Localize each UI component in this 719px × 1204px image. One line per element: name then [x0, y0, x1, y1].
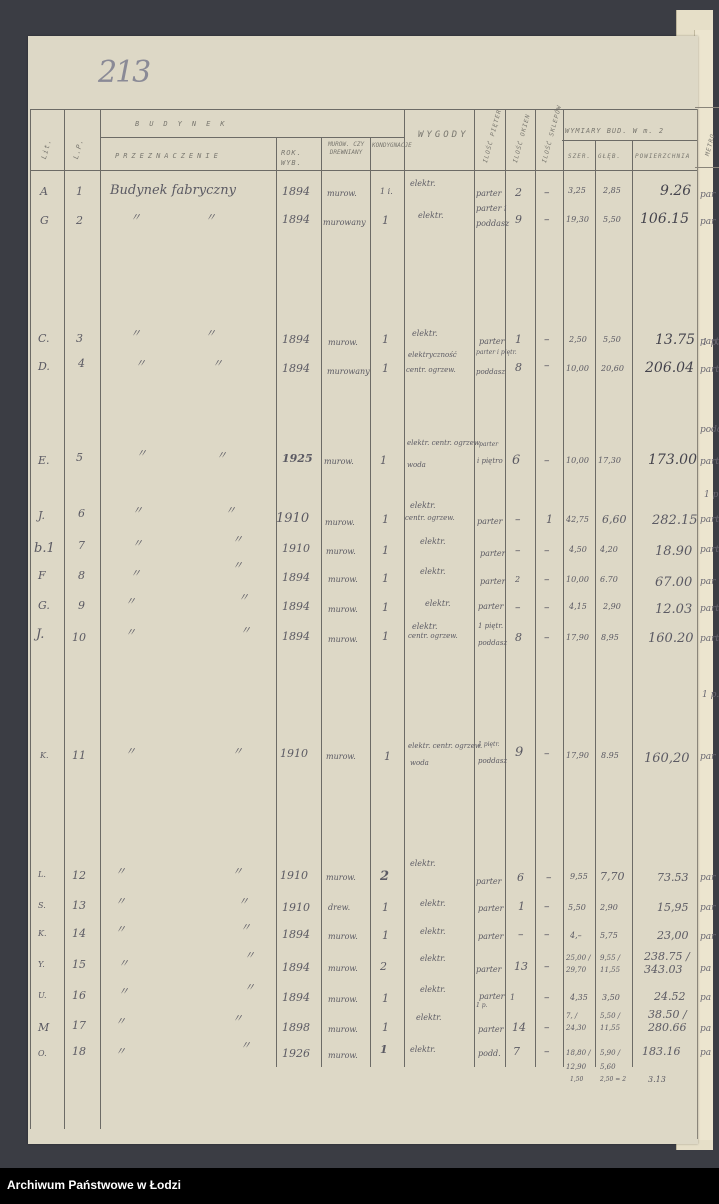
cell-okna: 1 — [515, 334, 522, 345]
header-kondygnacje: KONDYGNACJE — [372, 141, 404, 151]
cell-wygody: elektr. centr. ogrzew. — [408, 743, 482, 750]
margin-note: parte — [700, 365, 719, 375]
col-line-12 — [632, 140, 633, 1067]
cell-rok: 1894 — [282, 334, 310, 345]
cell-rok: 1910 — [282, 543, 310, 554]
cell-lp: 7 — [78, 540, 85, 551]
cell-wygody: elektr. — [420, 928, 446, 936]
cell-gleb: 5,90 / 5,60 — [600, 1046, 630, 1074]
cell-mat: murow. — [328, 1026, 358, 1034]
cell-name: 〃 — [130, 568, 141, 579]
cell-sklepy: – — [544, 187, 550, 198]
header-murow: MUROW. CZY DREWNIANY — [323, 141, 369, 157]
bottom-note-3: 3.13 — [648, 1076, 666, 1084]
cell-kond: 2 — [380, 961, 387, 972]
cell-wygody: elektr. — [412, 330, 438, 338]
col-line-11 — [595, 140, 596, 1067]
cell-okna: – — [515, 545, 521, 556]
cell-lp: 2 — [76, 215, 83, 226]
cell-mat: murow. — [328, 933, 358, 941]
edge-line-bottom — [695, 167, 719, 168]
cell-pietra: parter — [476, 190, 502, 198]
cell-sklepy: – — [544, 334, 550, 345]
margin-note: pa — [700, 1048, 711, 1058]
cell-name: 〃 — [115, 1046, 126, 1057]
cell-name: Budynek fabryczny — [110, 184, 236, 197]
cell-kond: 1 — [382, 902, 389, 913]
margin-note-extra: podd. — [700, 425, 719, 435]
cell-lp: 1 — [76, 186, 83, 197]
cell-mat: murow. — [324, 458, 354, 466]
cell-gleb: 6.70 — [600, 576, 618, 584]
margin-note: parte — [700, 604, 719, 614]
cell-ditto: 〃 — [232, 746, 243, 757]
margin-note: pa — [700, 964, 711, 974]
cell-kond: 1 — [380, 1044, 388, 1055]
cell-ditto: 〃 — [216, 450, 227, 461]
cell-pietra: parter — [480, 550, 506, 558]
cell-rok: 1894 — [282, 363, 310, 374]
cell-wygody: elektr. — [416, 1014, 442, 1022]
cell-szer: 7, / 24,30 — [566, 1010, 594, 1034]
cell-pietra: podd. — [478, 1050, 501, 1058]
cell-gleb: 4,20 — [600, 546, 618, 554]
cell-wygody: elektr. — [420, 900, 446, 908]
cell-ditto: 〃 — [205, 212, 216, 223]
cell-pietra: parter i — [476, 205, 507, 213]
cell-lit: J. — [36, 628, 44, 641]
cell-kond: 1 — [382, 930, 389, 941]
cell-okna: – — [515, 602, 521, 613]
cell-lp: 13 — [72, 900, 86, 911]
cell-szer: 10,00 — [566, 365, 589, 373]
cell-rok: 1910 — [282, 902, 310, 913]
cell-pow: 160.20 — [648, 632, 694, 645]
cell-wygody-2: woda — [410, 760, 429, 767]
cell-szer: 5,50 — [568, 904, 586, 912]
page-number: 213 — [98, 55, 149, 90]
cell-pietra-2: 1 p. — [476, 1003, 487, 1009]
margin-note-extra: 1 p. — [704, 490, 719, 500]
cell-wygody: elektryczność — [408, 352, 457, 359]
cell-ditto: 〃 — [205, 328, 216, 339]
cell-okna: 1 — [510, 994, 515, 1002]
cell-ditto: 〃 — [232, 866, 243, 877]
cell-mat: murow. — [328, 339, 358, 347]
cell-szer: 4,– — [570, 932, 582, 940]
margin-note-extra: 1 p. — [702, 690, 719, 700]
col-line-3 — [276, 137, 277, 1067]
document-page — [28, 36, 698, 1144]
cell-gleb: 5,50 / 11,55 — [600, 1010, 630, 1034]
cell-pow: 15,95 — [657, 902, 689, 913]
cell-kond: 1 i. — [380, 188, 393, 196]
cell-sklepy: – — [544, 748, 550, 759]
cell-rok: 1898 — [282, 1022, 310, 1033]
cell-name: 〃 — [132, 538, 143, 549]
cell-lp: 5 — [76, 452, 83, 463]
cell-name: 〃 — [136, 448, 147, 459]
cell-wygody: elektr. — [420, 568, 446, 576]
cell-gleb: 20,60 — [601, 365, 624, 373]
cell-mat: murowany — [323, 219, 366, 227]
cell-szer: 3,25 — [568, 187, 586, 195]
cell-name: 〃 — [130, 328, 141, 339]
cell-sklepy: – — [544, 574, 550, 585]
cell-ditto: 〃 — [225, 505, 236, 516]
cell-sklepy: 1 — [546, 514, 553, 525]
margin-note: par — [700, 190, 715, 200]
cell-lit: O. — [38, 1050, 47, 1058]
cell-pietra: parter — [479, 442, 498, 448]
cell-rok: 1894 — [282, 214, 310, 225]
cell-lp: 9 — [78, 600, 85, 611]
cell-lit: Y. — [38, 961, 45, 969]
cell-name: 〃 — [125, 596, 136, 607]
cell-pietra-2: i piętro — [477, 458, 503, 465]
cell-sklepy: – — [544, 1022, 550, 1033]
header-budynek: BUDYNEK — [135, 120, 235, 128]
header-gleb: GŁĘB. — [598, 153, 621, 160]
cell-sklepy: – — [544, 632, 550, 643]
margin-note: parte — [700, 634, 719, 644]
cell-lit: C. — [38, 333, 50, 344]
cell-ditto: 〃 — [232, 534, 243, 545]
cell-lit: b.1 — [34, 542, 55, 555]
cell-kond: 2 — [380, 870, 389, 883]
col-line-8 — [505, 109, 506, 1067]
cell-szer: 4,50 — [569, 546, 587, 554]
cell-pietra: parter — [478, 603, 504, 611]
cell-mat: murow. — [326, 548, 356, 556]
header-wymiary: WYMIARY BUD. W m. 2 — [565, 127, 664, 135]
cell-lp: 4 — [78, 358, 85, 369]
cell-okna: 13 — [514, 961, 528, 972]
bottom-note-1: 1,50 — [570, 1077, 583, 1083]
cell-szer: 17,90 — [566, 752, 589, 760]
cell-gleb: 2,85 — [603, 187, 621, 195]
col-line-0 — [30, 109, 31, 1129]
cell-sklepy: – — [544, 455, 550, 466]
cell-sklepy: – — [544, 1046, 550, 1057]
cell-lp: 6 — [78, 508, 85, 519]
cell-sklepy: – — [544, 929, 550, 940]
cell-rok: 1894 — [282, 601, 310, 612]
cell-name: 〃 — [132, 505, 143, 516]
cell-mat: murow. — [328, 1052, 358, 1060]
header-przeznaczenie: PRZEZNACZENIE — [115, 152, 222, 160]
cell-pow: 13.75 — [655, 333, 695, 347]
cell-ditto: 〃 — [232, 1013, 243, 1024]
cell-rok: 1894 — [282, 186, 310, 197]
page-fold-line — [697, 109, 698, 1139]
cell-gleb: 2,90 — [600, 904, 618, 912]
cell-wygody: elektr. — [420, 986, 446, 994]
cell-lp: 8 — [78, 570, 85, 581]
cell-okna: 6 — [512, 454, 520, 467]
cell-pow: 183.16 — [642, 1046, 681, 1057]
cell-pow: 282.15 — [652, 514, 698, 527]
cell-lit: K. — [38, 930, 47, 938]
margin-note: parte — [700, 515, 719, 525]
cell-mat: murow. — [328, 576, 358, 584]
cell-wygody-2: centr. ogrzew. — [405, 515, 455, 522]
cell-name: 〃 — [125, 746, 136, 757]
table-top-border — [30, 109, 698, 110]
cell-rok: 1894 — [282, 929, 310, 940]
cell-wygody: elektr. — [410, 1046, 436, 1054]
header-powierzchnia: POWIERZCHNIA — [635, 153, 697, 160]
cell-name: 〃 — [115, 924, 126, 935]
cell-kond: 1 — [382, 573, 389, 584]
cell-rok: 1894 — [282, 572, 310, 583]
cell-rok: 1894 — [282, 631, 310, 642]
cell-lit: G — [40, 215, 49, 226]
cell-name: 〃 — [130, 212, 141, 223]
cell-kond: 1 — [382, 363, 389, 374]
cell-pietra: 1 piętr. — [478, 742, 500, 748]
col-line-1 — [64, 109, 65, 1129]
budynek-subheader-line — [100, 137, 405, 138]
cell-gleb: 3,50 — [602, 994, 620, 1002]
cell-rok: 1926 — [282, 1048, 310, 1059]
col-line-2 — [100, 109, 101, 1129]
cell-pietra: parter i piętr. — [476, 350, 517, 356]
cell-okna: – — [518, 929, 524, 940]
cell-pietra: parter — [476, 966, 502, 974]
cell-sklepy: – — [544, 901, 550, 912]
cell-lit: L. — [38, 871, 46, 879]
cell-gleb: 5,75 — [600, 932, 618, 940]
col-line-7 — [474, 109, 475, 1067]
cell-szer: 4,15 — [569, 603, 587, 611]
margin-note: par — [700, 932, 715, 942]
cell-szer: 2,50 — [569, 336, 587, 344]
cell-lit: M — [38, 1022, 49, 1033]
cell-kond: 1 — [380, 455, 387, 466]
cell-lp: 12 — [72, 870, 86, 881]
margin-note: pa — [700, 1024, 711, 1034]
cell-okna: 9 — [515, 746, 523, 759]
cell-okna: 8 — [515, 632, 522, 643]
cell-ditto: 〃 — [212, 358, 223, 369]
cell-name: 〃 — [115, 896, 126, 907]
header-szer: SZER. — [568, 153, 591, 160]
cell-lp: 15 — [72, 959, 86, 970]
header-rok: ROK. WYB. — [281, 148, 317, 168]
cell-kond: 1 — [382, 514, 389, 525]
cell-ditto: 〃 — [232, 560, 243, 571]
cell-okna: 7 — [513, 1046, 520, 1057]
cell-pow: 67.00 — [655, 576, 692, 589]
col-line-9 — [535, 109, 536, 1067]
margin-note: parte — [700, 545, 719, 555]
cell-pietra: parter — [479, 338, 505, 346]
cell-kond: 1 — [382, 215, 389, 226]
cell-mat: murow. — [328, 606, 358, 614]
cell-wygody: elektr. — [425, 600, 451, 608]
cell-pietra-2: poddasz — [478, 758, 507, 765]
cell-mat: murow. — [327, 190, 357, 198]
cell-sklepy: – — [544, 360, 550, 371]
cell-sklepy: – — [544, 961, 550, 972]
margin-note: par — [700, 217, 715, 227]
cell-lit: F — [38, 570, 46, 581]
cell-ditto: 〃 — [238, 592, 249, 603]
cell-ditto: 〃 — [240, 625, 251, 636]
cell-mat: murowany — [327, 368, 370, 376]
cell-name: 〃 — [115, 866, 126, 877]
cell-lit: U. — [38, 992, 47, 1000]
cell-kond: 1 — [384, 751, 391, 762]
col-line-5 — [370, 137, 371, 1067]
cell-lit: A — [40, 186, 48, 197]
cell-kond: 1 — [382, 631, 389, 642]
margin-note: par — [700, 903, 715, 913]
wymiary-subheader-line — [562, 140, 698, 141]
cell-okna: 2 — [515, 576, 520, 584]
cell-pow: 160,20 — [644, 752, 690, 765]
margin-note: par — [700, 752, 715, 762]
margin-note: par — [700, 873, 715, 883]
cell-kond: 1 — [382, 993, 389, 1004]
cell-okna: 6 — [517, 872, 524, 883]
cell-rok: 1910 — [280, 748, 308, 759]
margin-note-extra: 1 p. — [702, 338, 719, 348]
cell-gleb: 5,50 — [603, 216, 621, 224]
cell-lp: 11 — [72, 750, 86, 761]
cell-ditto: 〃 — [244, 982, 255, 993]
cell-ditto: 〃 — [244, 950, 255, 961]
cell-gleb: 9,55 / 11,55 — [600, 952, 630, 976]
cell-pietra: parter — [480, 578, 506, 586]
cell-pow: 18.90 — [655, 545, 692, 558]
cell-szer: 19,30 — [566, 216, 589, 224]
cell-rok: 1910 — [280, 870, 308, 881]
cell-kond: 1 — [382, 545, 389, 556]
cell-pow: 9.26 — [660, 184, 691, 198]
cell-ditto: 〃 — [238, 896, 249, 907]
cell-lp: 17 — [72, 1020, 86, 1031]
cell-name: 〃 — [118, 986, 129, 997]
cell-kond: 1 — [382, 334, 389, 345]
cell-mat: murow. — [328, 965, 358, 973]
cell-wygody-2: centr. ogrzew. — [406, 367, 456, 374]
cell-pietra: parter — [479, 993, 505, 1001]
cell-pow: 23,00 — [657, 930, 689, 941]
cell-pow: 106.15 — [640, 212, 689, 226]
cell-pietra-2: poddasz — [476, 220, 509, 228]
cell-lit: S. — [38, 902, 46, 910]
cell-wygody: elektr. — [420, 955, 446, 963]
archive-institution-label: Archiwum Państwowe w Łodzi — [7, 1178, 181, 1192]
cell-pietra: parter — [478, 933, 504, 941]
cell-gleb: 2,90 — [603, 603, 621, 611]
edge-line-top — [695, 107, 719, 108]
cell-pietra: 1 piętr. — [478, 623, 503, 630]
cell-sklepy: – — [544, 545, 550, 556]
cell-rok: 1910 — [276, 512, 309, 525]
cell-okna: 14 — [512, 1022, 526, 1033]
cell-pow: 238.75 / 343.03 — [644, 950, 696, 976]
cell-rok: 1894 — [282, 962, 310, 973]
cell-gleb: 8.95 — [601, 752, 619, 760]
cell-pow: 38.50 / 280.66 — [648, 1008, 698, 1034]
cell-okna: 2 — [515, 187, 522, 198]
cell-wygody: elektr. — [418, 212, 444, 220]
cell-name: 〃 — [115, 1016, 126, 1027]
cell-mat: murow. — [326, 874, 356, 882]
cell-name: 〃 — [125, 627, 136, 638]
cell-szer: 9,55 — [570, 873, 588, 881]
cell-rok: 1925 — [282, 453, 313, 464]
cell-mat: murow. — [328, 636, 358, 644]
cell-okna: – — [515, 514, 521, 525]
col-line-6 — [404, 109, 405, 1067]
cell-sklepy: – — [544, 992, 550, 1003]
cell-pietra-2: poddasz — [476, 369, 505, 376]
cell-gleb: 5,50 — [603, 336, 621, 344]
cell-pow: 24.52 — [654, 991, 686, 1002]
cell-sklepy: – — [546, 872, 552, 883]
cell-szer: 10,00 — [566, 576, 589, 584]
cell-wygody: elektr. — [410, 860, 436, 868]
cell-lit: E. — [38, 455, 50, 466]
cell-szer: 17,90 — [566, 634, 589, 642]
cell-ditto: 〃 — [240, 922, 251, 933]
cell-wygody: elektr. — [420, 538, 446, 546]
cell-lit: J. — [38, 510, 45, 521]
cell-wygody: elektr. — [410, 502, 436, 510]
margin-note: parte — [700, 457, 719, 467]
cell-gleb: 6,60 — [602, 514, 627, 525]
cell-szer: 10,00 — [566, 457, 589, 465]
cell-kond: 1 — [382, 1022, 389, 1033]
cell-lit: G. — [38, 600, 50, 611]
cell-pow: 73.53 — [657, 872, 689, 883]
cell-gleb: 17,30 — [598, 457, 621, 465]
cell-mat: murow. — [326, 753, 356, 761]
cell-wygody-2: centr. ogrzew. — [408, 633, 458, 640]
cell-lp: 10 — [72, 632, 86, 643]
cell-sklepy: – — [544, 602, 550, 613]
cell-wygody: elektr. centr. ogrzew. — [407, 440, 481, 447]
cell-wygody-2: woda — [407, 462, 426, 469]
cell-name: 〃 — [118, 958, 129, 969]
header-bottom-border — [30, 170, 698, 171]
cell-wygody: elektr. — [412, 623, 438, 631]
cell-pietra: parter — [478, 905, 504, 913]
cell-sklepy: – — [544, 214, 550, 225]
cell-okna: 9 — [515, 214, 522, 225]
cell-pietra: parter — [476, 878, 502, 886]
cell-lp: 14 — [72, 928, 86, 939]
cell-kond: 1 — [382, 602, 389, 613]
cell-mat: murow. — [328, 996, 358, 1004]
cell-lp: 18 — [72, 1046, 86, 1057]
cell-okna: 1 — [518, 901, 525, 912]
header-wygody: WYGODY — [418, 130, 469, 140]
cell-pow: 12.03 — [655, 603, 692, 616]
cell-ditto: 〃 — [240, 1040, 251, 1051]
cell-mat: drew. — [328, 904, 350, 912]
cell-gleb: 8,95 — [601, 634, 619, 642]
cell-pow: 173.00 — [648, 453, 697, 467]
cell-szer: 18,80 / 12,90 — [566, 1046, 596, 1074]
cell-pietra: parter — [477, 518, 503, 526]
col-line-4 — [321, 137, 322, 1067]
cell-wygody: elektr. — [410, 180, 436, 188]
